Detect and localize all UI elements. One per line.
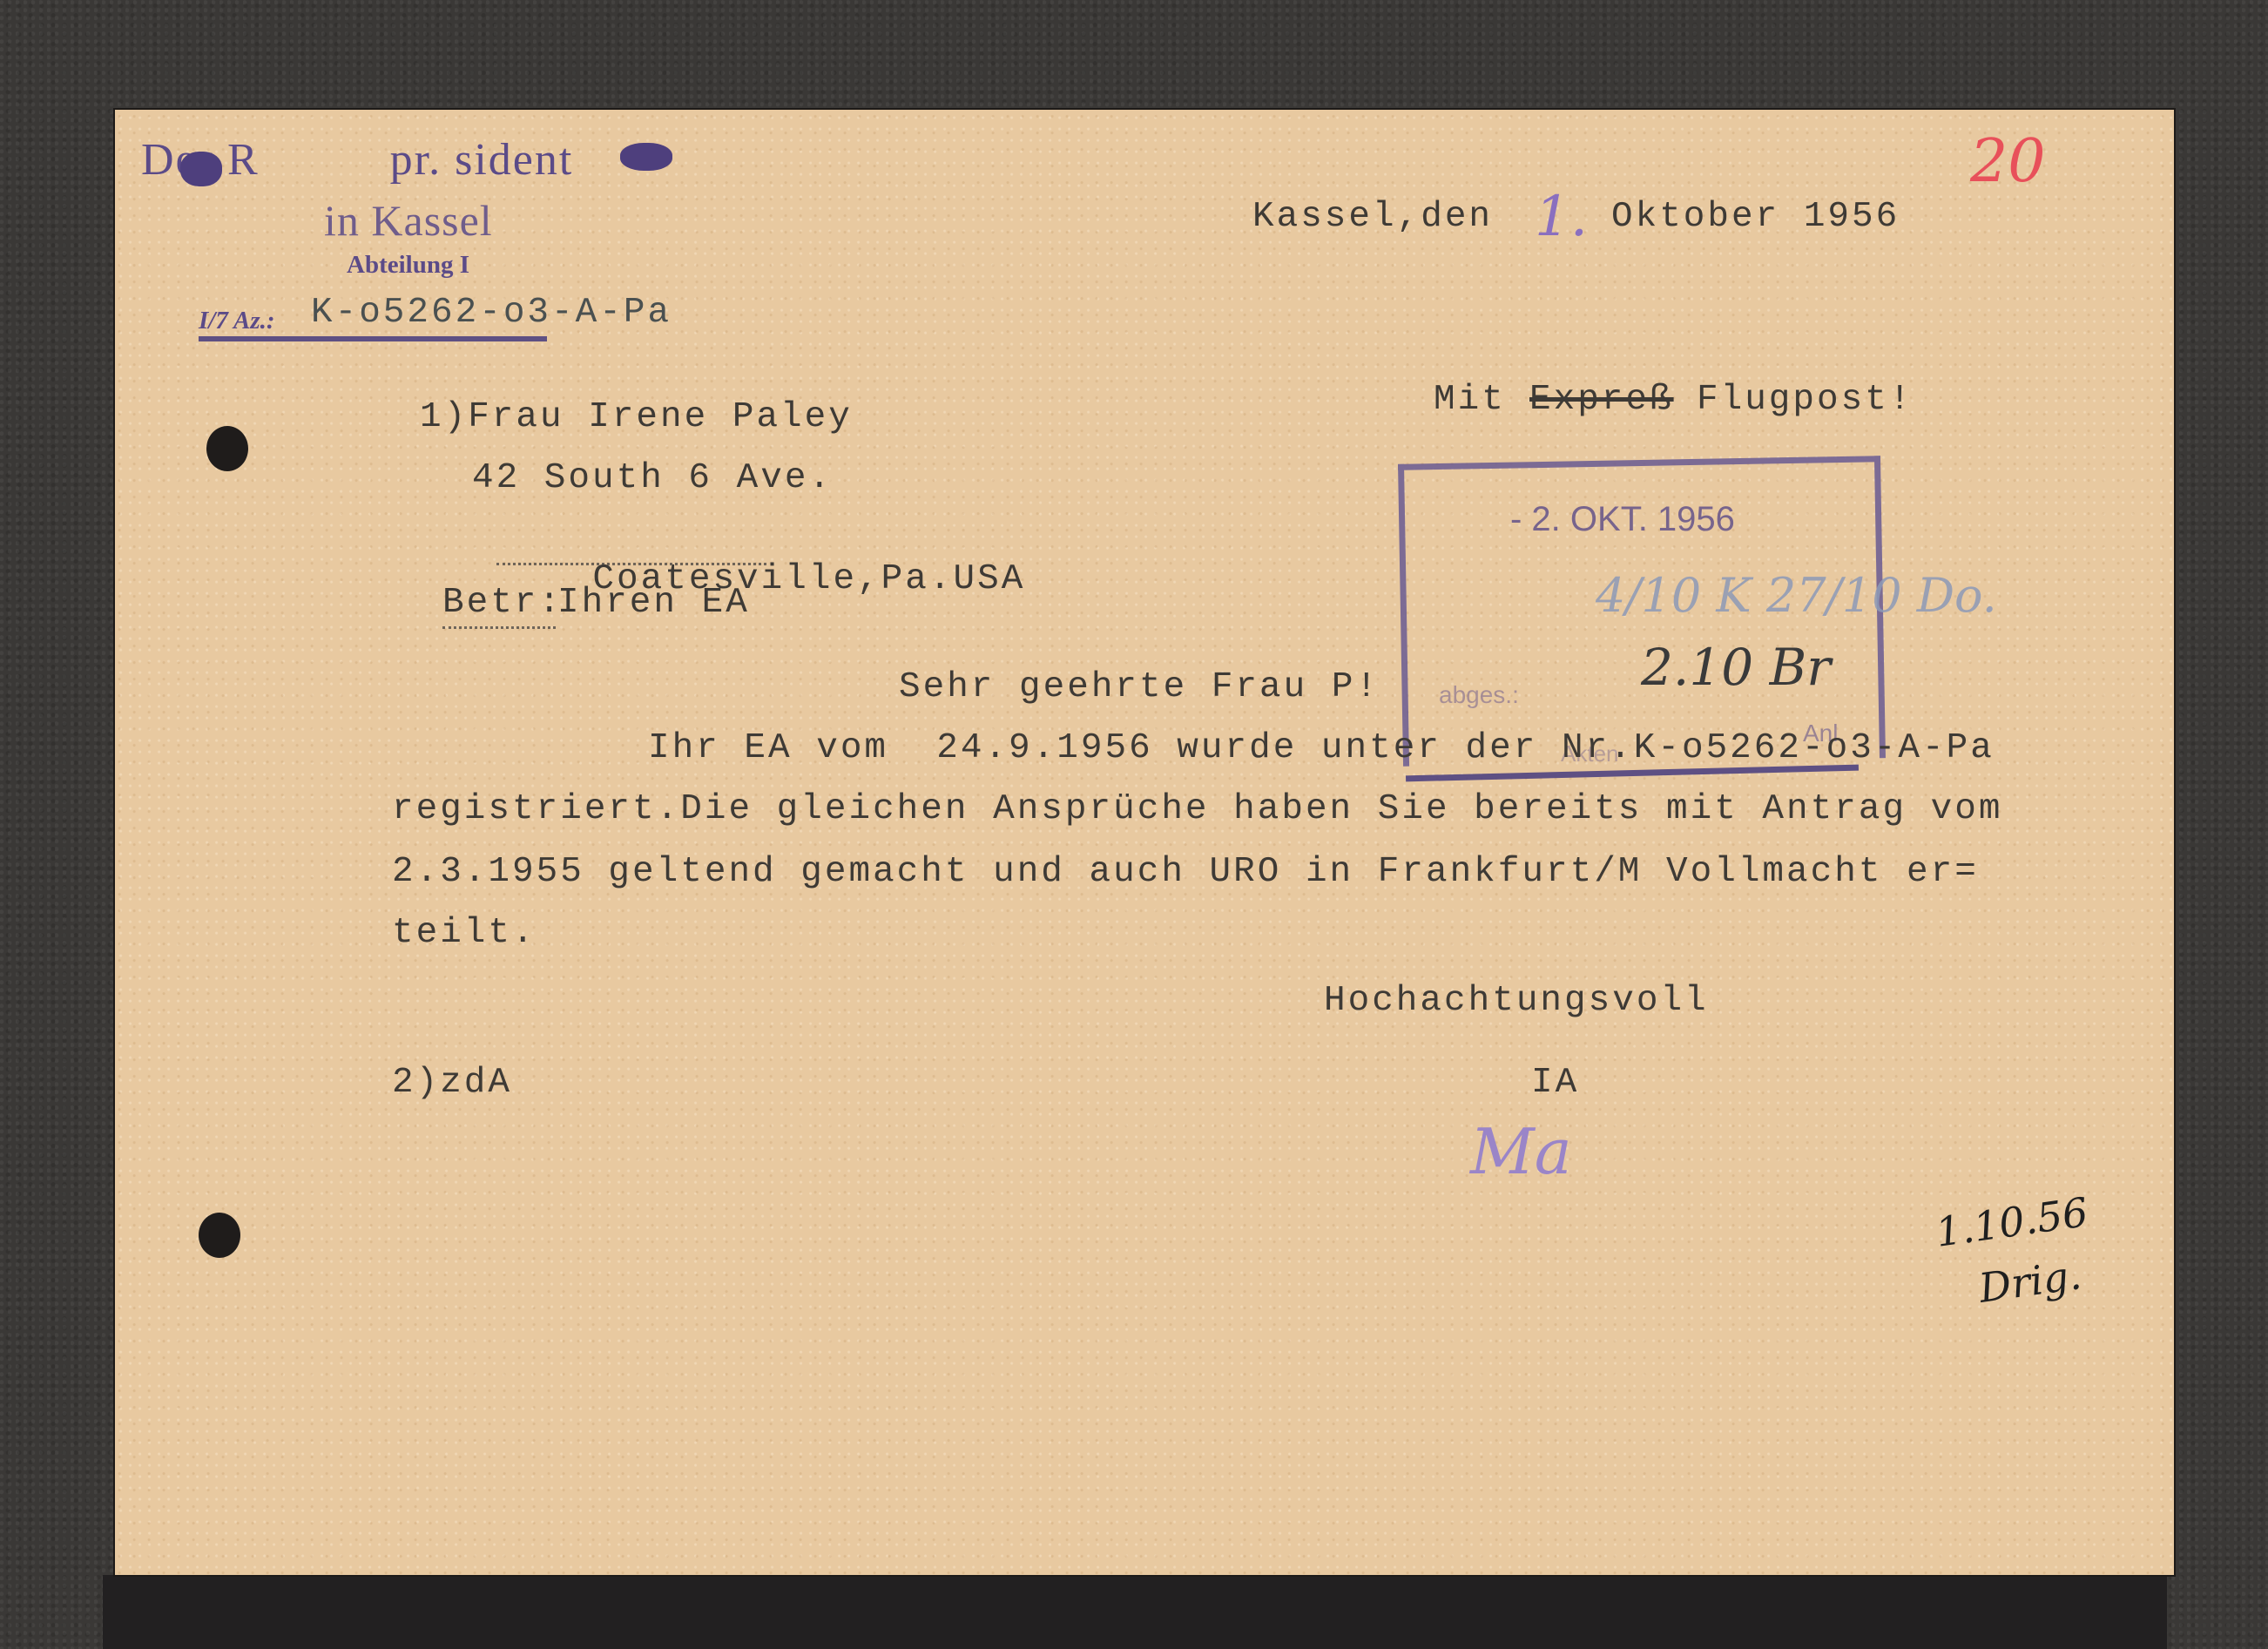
body-line-1: Ihr EA vom 24.9.1956 wurde unter der Nr.…: [648, 728, 1995, 768]
filing-note: 2)zdA: [392, 1063, 512, 1103]
date-day-handwritten: 1.: [1535, 185, 1588, 249]
punch-hole-top: [206, 426, 248, 471]
received-stamp-note-2: 2.10 Br: [1641, 638, 1831, 697]
letter-page: Der R pr. sident in Kassel Abteilung I I…: [115, 110, 2174, 1575]
recipient-street: 42 South 6 Ave.: [472, 458, 833, 498]
margin-note-initials: Drig.: [1976, 1251, 2084, 1312]
body-line-3: 2.3.1955 geltend gemacht und auch URO in…: [392, 852, 1979, 892]
page-number-annotation: 20: [1970, 127, 2046, 196]
subject-underline: [442, 626, 556, 632]
reference-prefix: I/7 Az.:: [199, 307, 275, 335]
received-stamp-label-abges: abges.:: [1439, 681, 1519, 709]
scanner-bottom-strip: [103, 1575, 2167, 1649]
subject-label: Betr:: [442, 583, 563, 623]
department-label: Abteilung I: [347, 251, 469, 280]
received-stamp-note-1: 4/10 K 27/10 Do.: [1596, 568, 1997, 623]
subject-value: Ihren EA: [557, 583, 750, 623]
reference-underline: [199, 336, 547, 341]
received-stamp-date: - 2. OKT. 1956: [1510, 500, 1735, 539]
signature: Ma: [1470, 1115, 1572, 1188]
closing-greeting: Hochachtungsvoll: [1324, 981, 1709, 1021]
recipient-city-rest: ,Pa.USA: [857, 559, 1025, 599]
date-month-year: Oktober 1956: [1611, 197, 1900, 237]
ink-blot: [620, 143, 672, 171]
recipient-name: 1)Frau Irene Paley: [420, 397, 853, 437]
date-place: Kassel,den: [1252, 197, 1493, 237]
salutation: Sehr geehrte Frau P!: [899, 667, 1380, 707]
punch-hole-bottom: [199, 1213, 240, 1258]
margin-note-date: 1.10.56: [1933, 1188, 2090, 1256]
delivery-method: Flugpost!: [1697, 380, 1913, 420]
body-line-2: registriert.Die gleichen Ansprüche haben…: [392, 789, 2002, 829]
signatory-title: IA: [1531, 1063, 1579, 1103]
delivery-prefix: Mit: [1434, 380, 1506, 420]
body-line-4: teilt.: [392, 913, 537, 953]
reference-number: K-o5262-o3-A-Pa: [311, 293, 672, 333]
sender-stamp-line2: in Kassel: [324, 195, 493, 246]
city-underline: [496, 563, 766, 568]
ink-blot: [180, 152, 222, 186]
delivery-struck-word: Expreß: [1529, 380, 1674, 420]
